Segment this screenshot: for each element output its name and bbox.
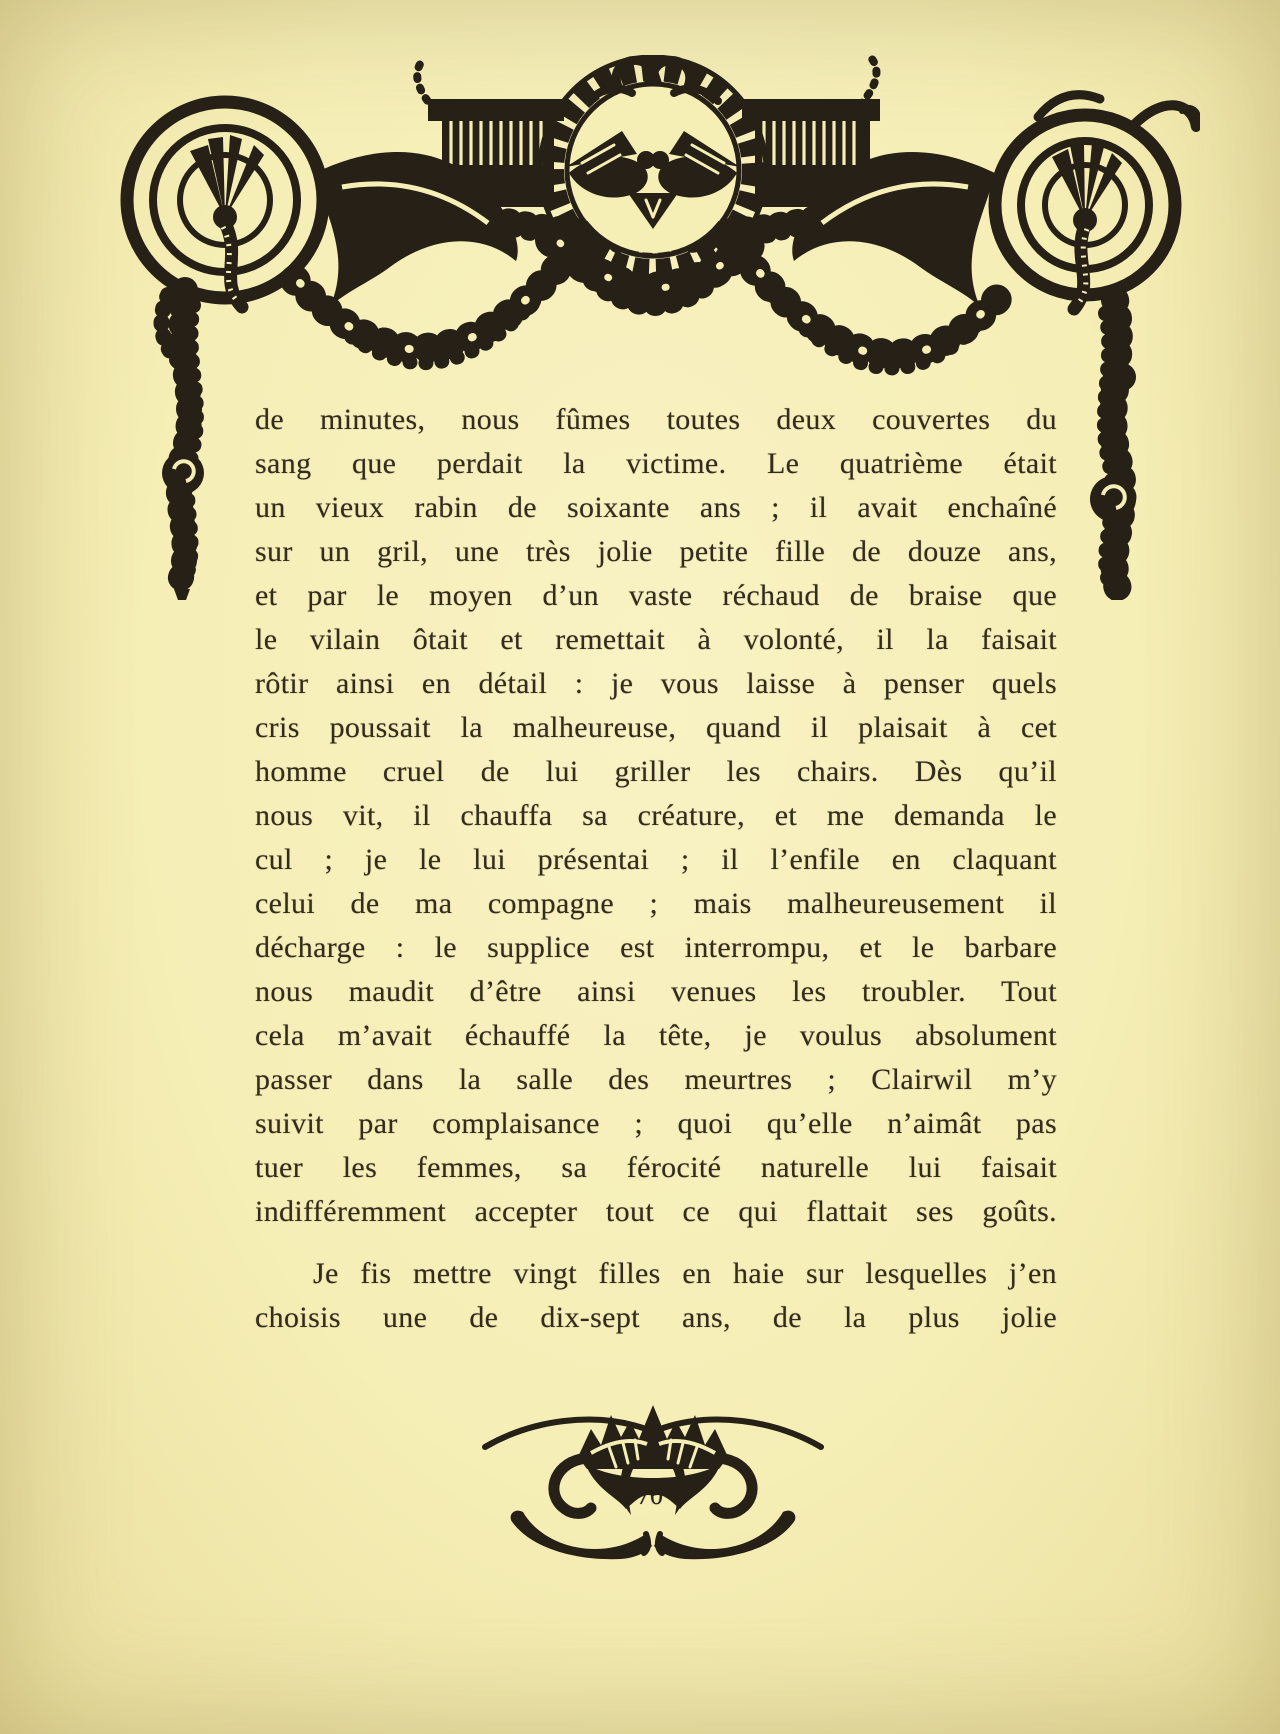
text-line: le vilain ôtait et remettait à volonté, … xyxy=(255,618,1057,662)
text-line: passer dans la salle des meurtres ; Clai… xyxy=(255,1058,1057,1102)
text-line: Je fis mettre vingt filles en haie sur l… xyxy=(255,1252,1057,1296)
text-line: choisis une de dix-sept ans, de la plus … xyxy=(255,1296,1057,1340)
text-line: un vieux rabin de soixante ans ; il avai… xyxy=(255,486,1057,530)
text-line: tuer les femmes, sa férocité naturelle l… xyxy=(255,1146,1057,1190)
text-line: sur un gril, une très jolie petite fille… xyxy=(255,530,1057,574)
text-line: suivit par complaisance ; quoi qu’elle n… xyxy=(255,1102,1057,1146)
tailpiece: 70 xyxy=(473,1395,833,1585)
text-line: et par le moyen d’un vaste réchaud de br… xyxy=(255,574,1057,618)
text-line: sang que perdait la victime. Le quatrièm… xyxy=(255,442,1057,486)
text-line: nous maudit d’être ainsi venues les trou… xyxy=(255,970,1057,1014)
page-number: 70 xyxy=(610,1481,690,1511)
text-line: homme cruel de lui griller les chairs. D… xyxy=(255,750,1057,794)
text-line: de minutes, nous fûmes toutes deux couve… xyxy=(255,398,1057,442)
book-page: de minutes, nous fûmes toutes deux couve… xyxy=(0,0,1280,1734)
text-line: décharge : le supplice est interrompu, e… xyxy=(255,926,1057,970)
text-line: cela m’avait échauffé la tête, je voulus… xyxy=(255,1014,1057,1058)
text-line: cul ; je le lui présentai ; il l’enfile … xyxy=(255,838,1057,882)
text-line: celui de ma compagne ; mais malheureusem… xyxy=(255,882,1057,926)
text-line: rôtir ainsi en détail : je vous laisse à… xyxy=(255,662,1057,706)
text-line: indifféremment accepter tout ce qui flat… xyxy=(255,1190,1057,1234)
text-line: nous vit, il chauffa sa créature, et me … xyxy=(255,794,1057,838)
body-text: de minutes, nous fûmes toutes deux couve… xyxy=(255,398,1057,1340)
text-line: cris poussait la malheureuse, quand il p… xyxy=(255,706,1057,750)
